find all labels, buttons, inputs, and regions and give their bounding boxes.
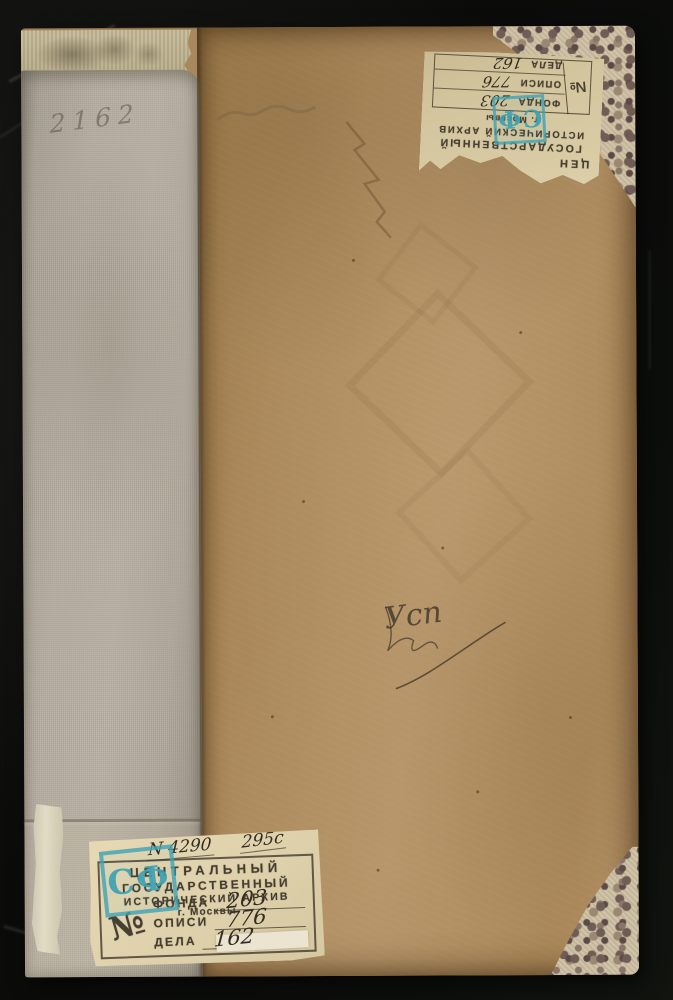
speck: [569, 716, 572, 719]
backdrop-scratch: [648, 250, 651, 370]
speck: [302, 500, 305, 503]
sf-stamp: СФ: [492, 94, 547, 145]
delo-label: ДЕЛА: [530, 59, 563, 72]
photo-backdrop: { "book": { "spine_pencil_number": "2162…: [0, 0, 673, 1000]
spine-under-cloth: [21, 30, 191, 75]
speck: [377, 869, 380, 872]
sf-stamp: СФ: [99, 844, 180, 917]
delo-value: 162: [214, 923, 256, 951]
speck: [352, 259, 355, 262]
archive-label-bottom: N 4290 295с ЦЕНТРАЛЬНЫЙ ГОСУДАРСТВЕННЫЙ …: [86, 829, 325, 967]
speck: [271, 715, 274, 718]
delo-value: 162: [492, 54, 524, 72]
delo-label: ДЕЛА: [154, 934, 197, 952]
speck: [441, 547, 444, 550]
delo-row: ДЕЛА 162: [154, 927, 307, 951]
speck: [476, 790, 479, 793]
speck: [519, 331, 522, 334]
opis-label: ОПИСИ: [519, 77, 561, 90]
opis-value: 776: [481, 72, 513, 90]
ink-inscription-text: Усп: [382, 595, 444, 637]
org-name-line1: ЦЕН: [557, 156, 590, 170]
archive-file-cover: 2162 Усп ЦЕН ГОСУДАРСТВЕННЫЙ ИСТОРИЧЕСКИ…: [21, 26, 639, 978]
number-sign: №: [563, 60, 593, 114]
ink-inscription: Усп: [371, 578, 491, 649]
